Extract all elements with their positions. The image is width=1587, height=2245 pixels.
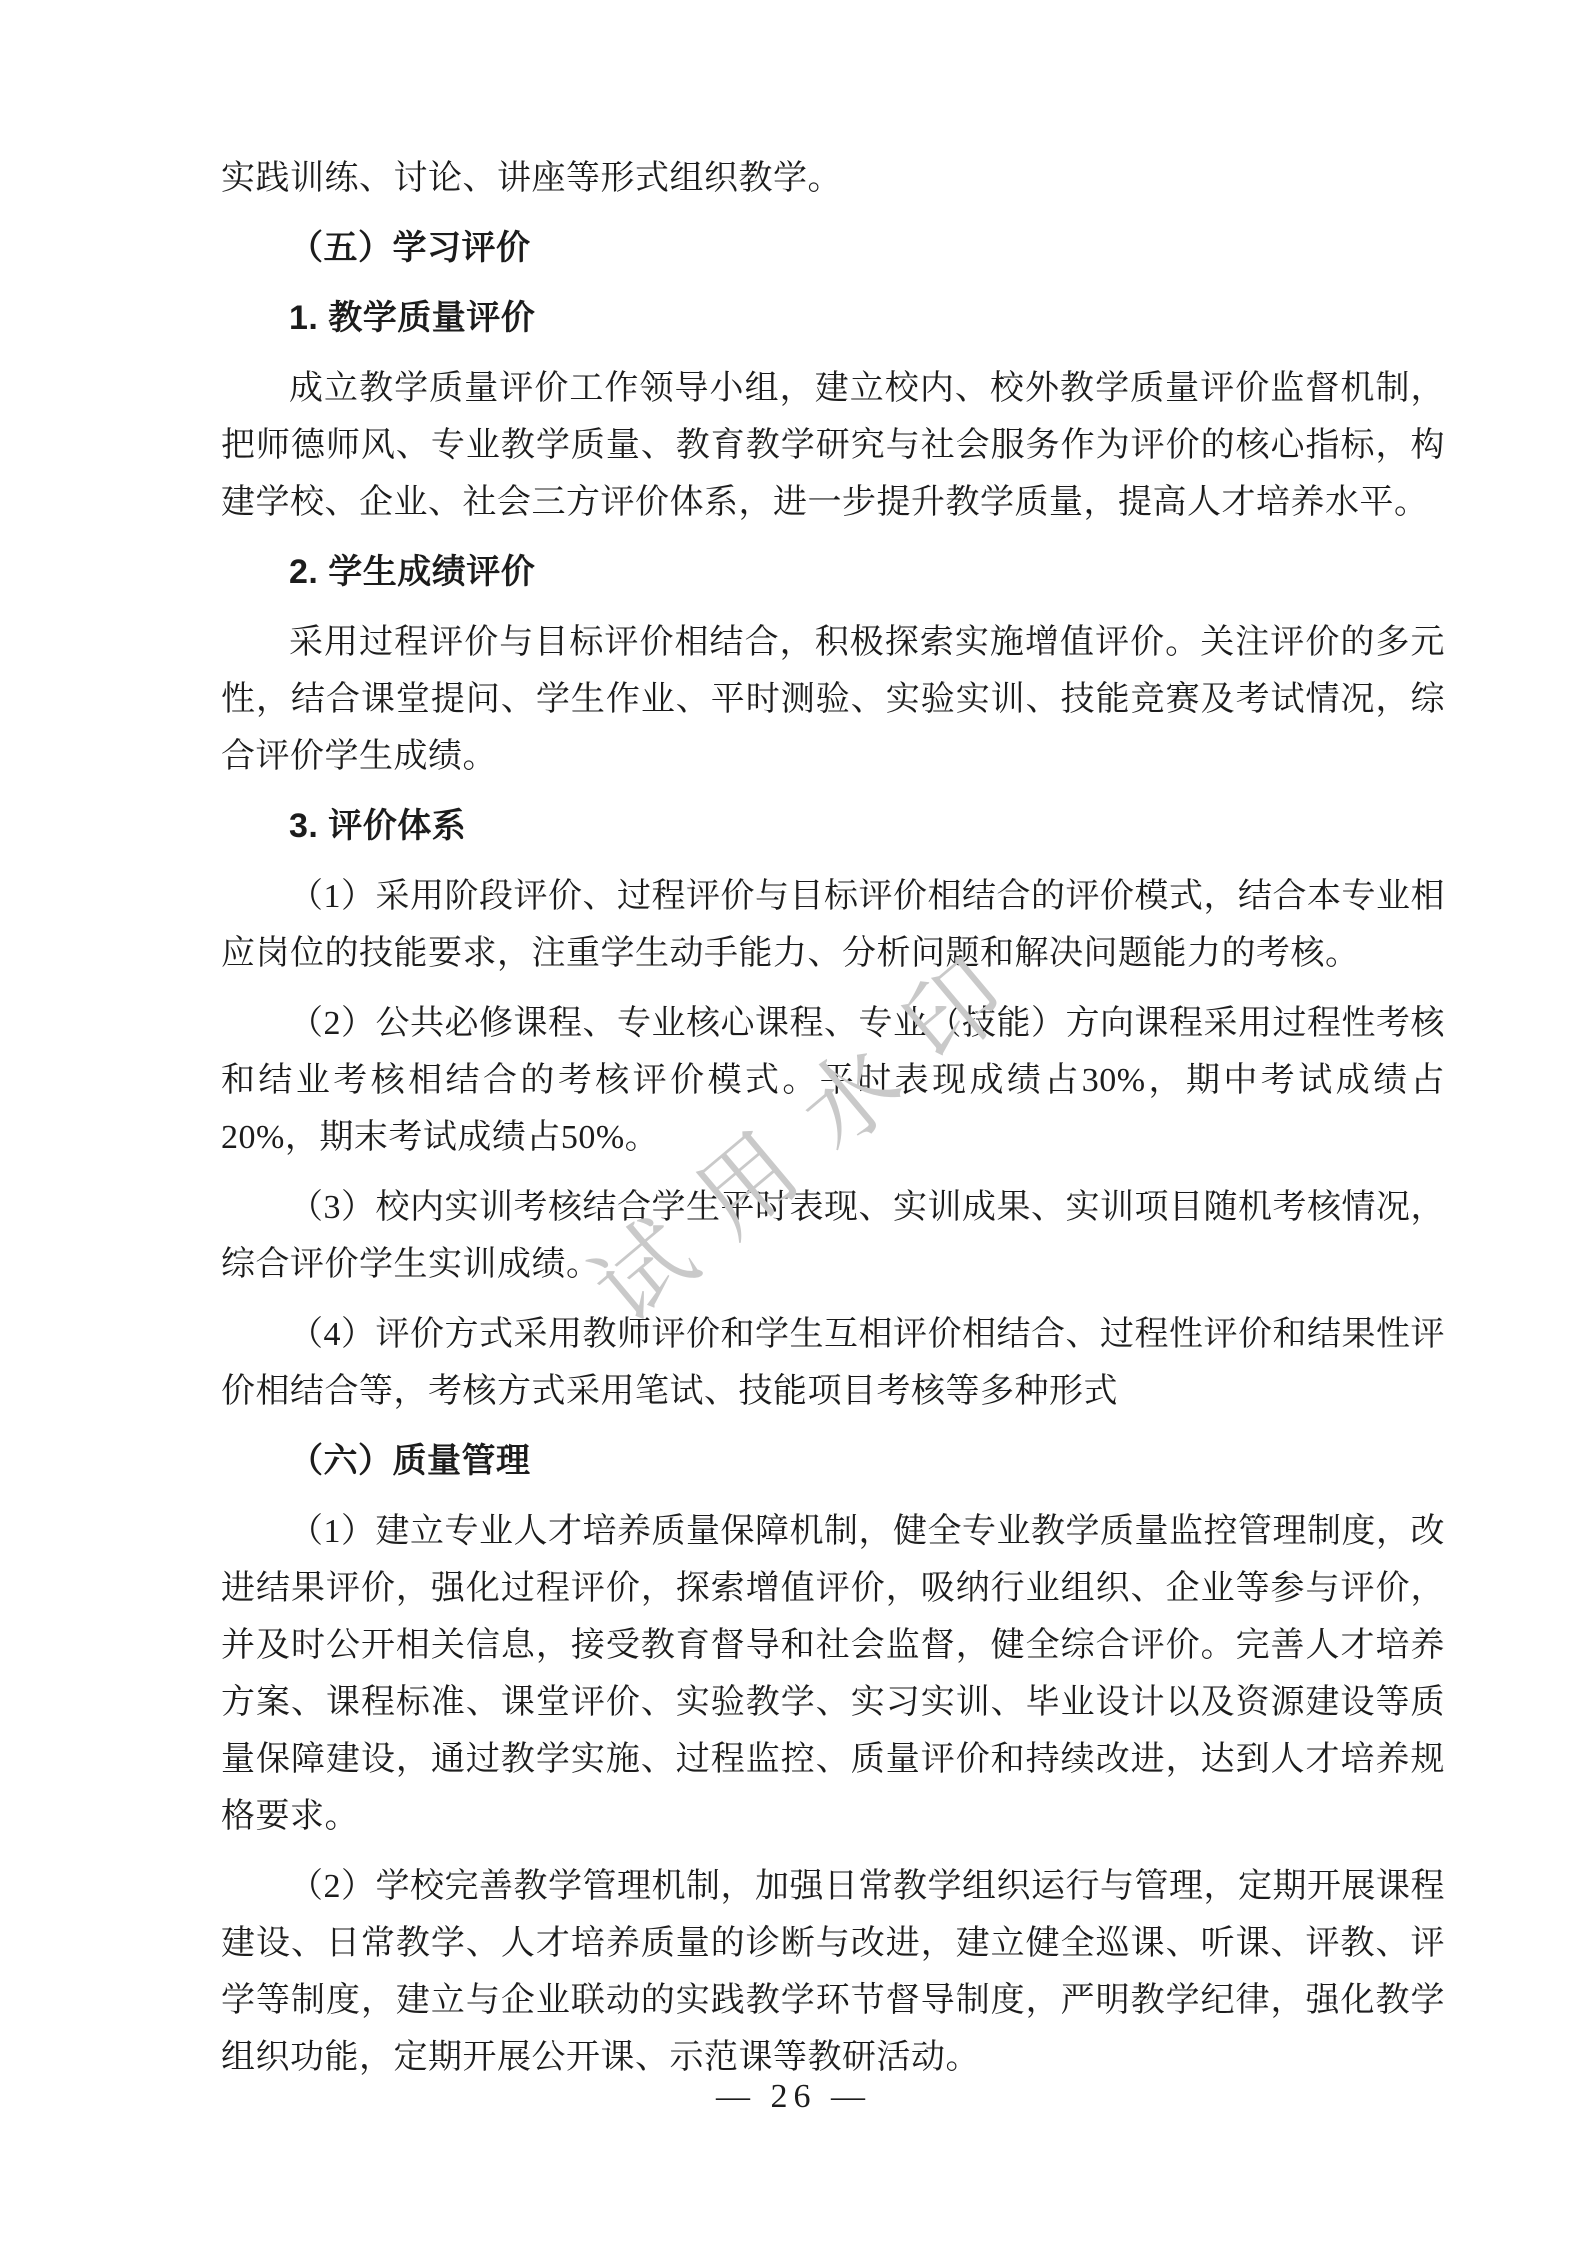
paragraph: 采用过程评价与目标评价相结合，积极探索实施增值评价。关注评价的多元性，结合课堂提… [221,614,1445,785]
paragraph: （1）采用阶段评价、过程评价与目标评价相结合的评价模式，结合本专业相应岗位的技能… [221,868,1445,982]
paragraph: （2）公共必修课程、专业核心课程、专业（技能）方向课程采用过程性考核和结业考核相… [221,995,1445,1166]
paragraph-continuation: 实践训练、讨论、讲座等形式组织教学。 [221,150,1445,207]
document-content: 实践训练、讨论、讲座等形式组织教学。（五）学习评价1. 教学质量评价成立教学质量… [221,150,1445,2099]
subsection-heading: 1. 教学质量评价 [221,290,1445,347]
page-number: — 26 — [0,2078,1587,2116]
paragraph: （3）校内实训考核结合学生平时表现、实训成果、实训项目随机考核情况，综合评价学生… [221,1179,1445,1293]
paragraph: （2）学校完善教学管理机制，加强日常教学组织运行与管理，定期开展课程建设、日常教… [221,1858,1445,2086]
paragraph: 成立教学质量评价工作领导小组，建立校内、校外教学质量评价监督机制，把师德师风、专… [221,360,1445,531]
paragraph: （4）评价方式采用教师评价和学生互相评价相结合、过程性评价和结果性评价相结合等，… [221,1306,1445,1420]
subsection-heading: 2. 学生成绩评价 [221,544,1445,601]
paragraph: （1）建立专业人才培养质量保障机制，健全专业教学质量监控管理制度，改进结果评价，… [221,1503,1445,1845]
document-page: 实践训练、讨论、讲座等形式组织教学。（五）学习评价1. 教学质量评价成立教学质量… [0,0,1587,2245]
section-heading: （五）学习评价 [221,220,1445,277]
subsection-heading: 3. 评价体系 [221,798,1445,855]
section-heading: （六）质量管理 [221,1433,1445,1490]
